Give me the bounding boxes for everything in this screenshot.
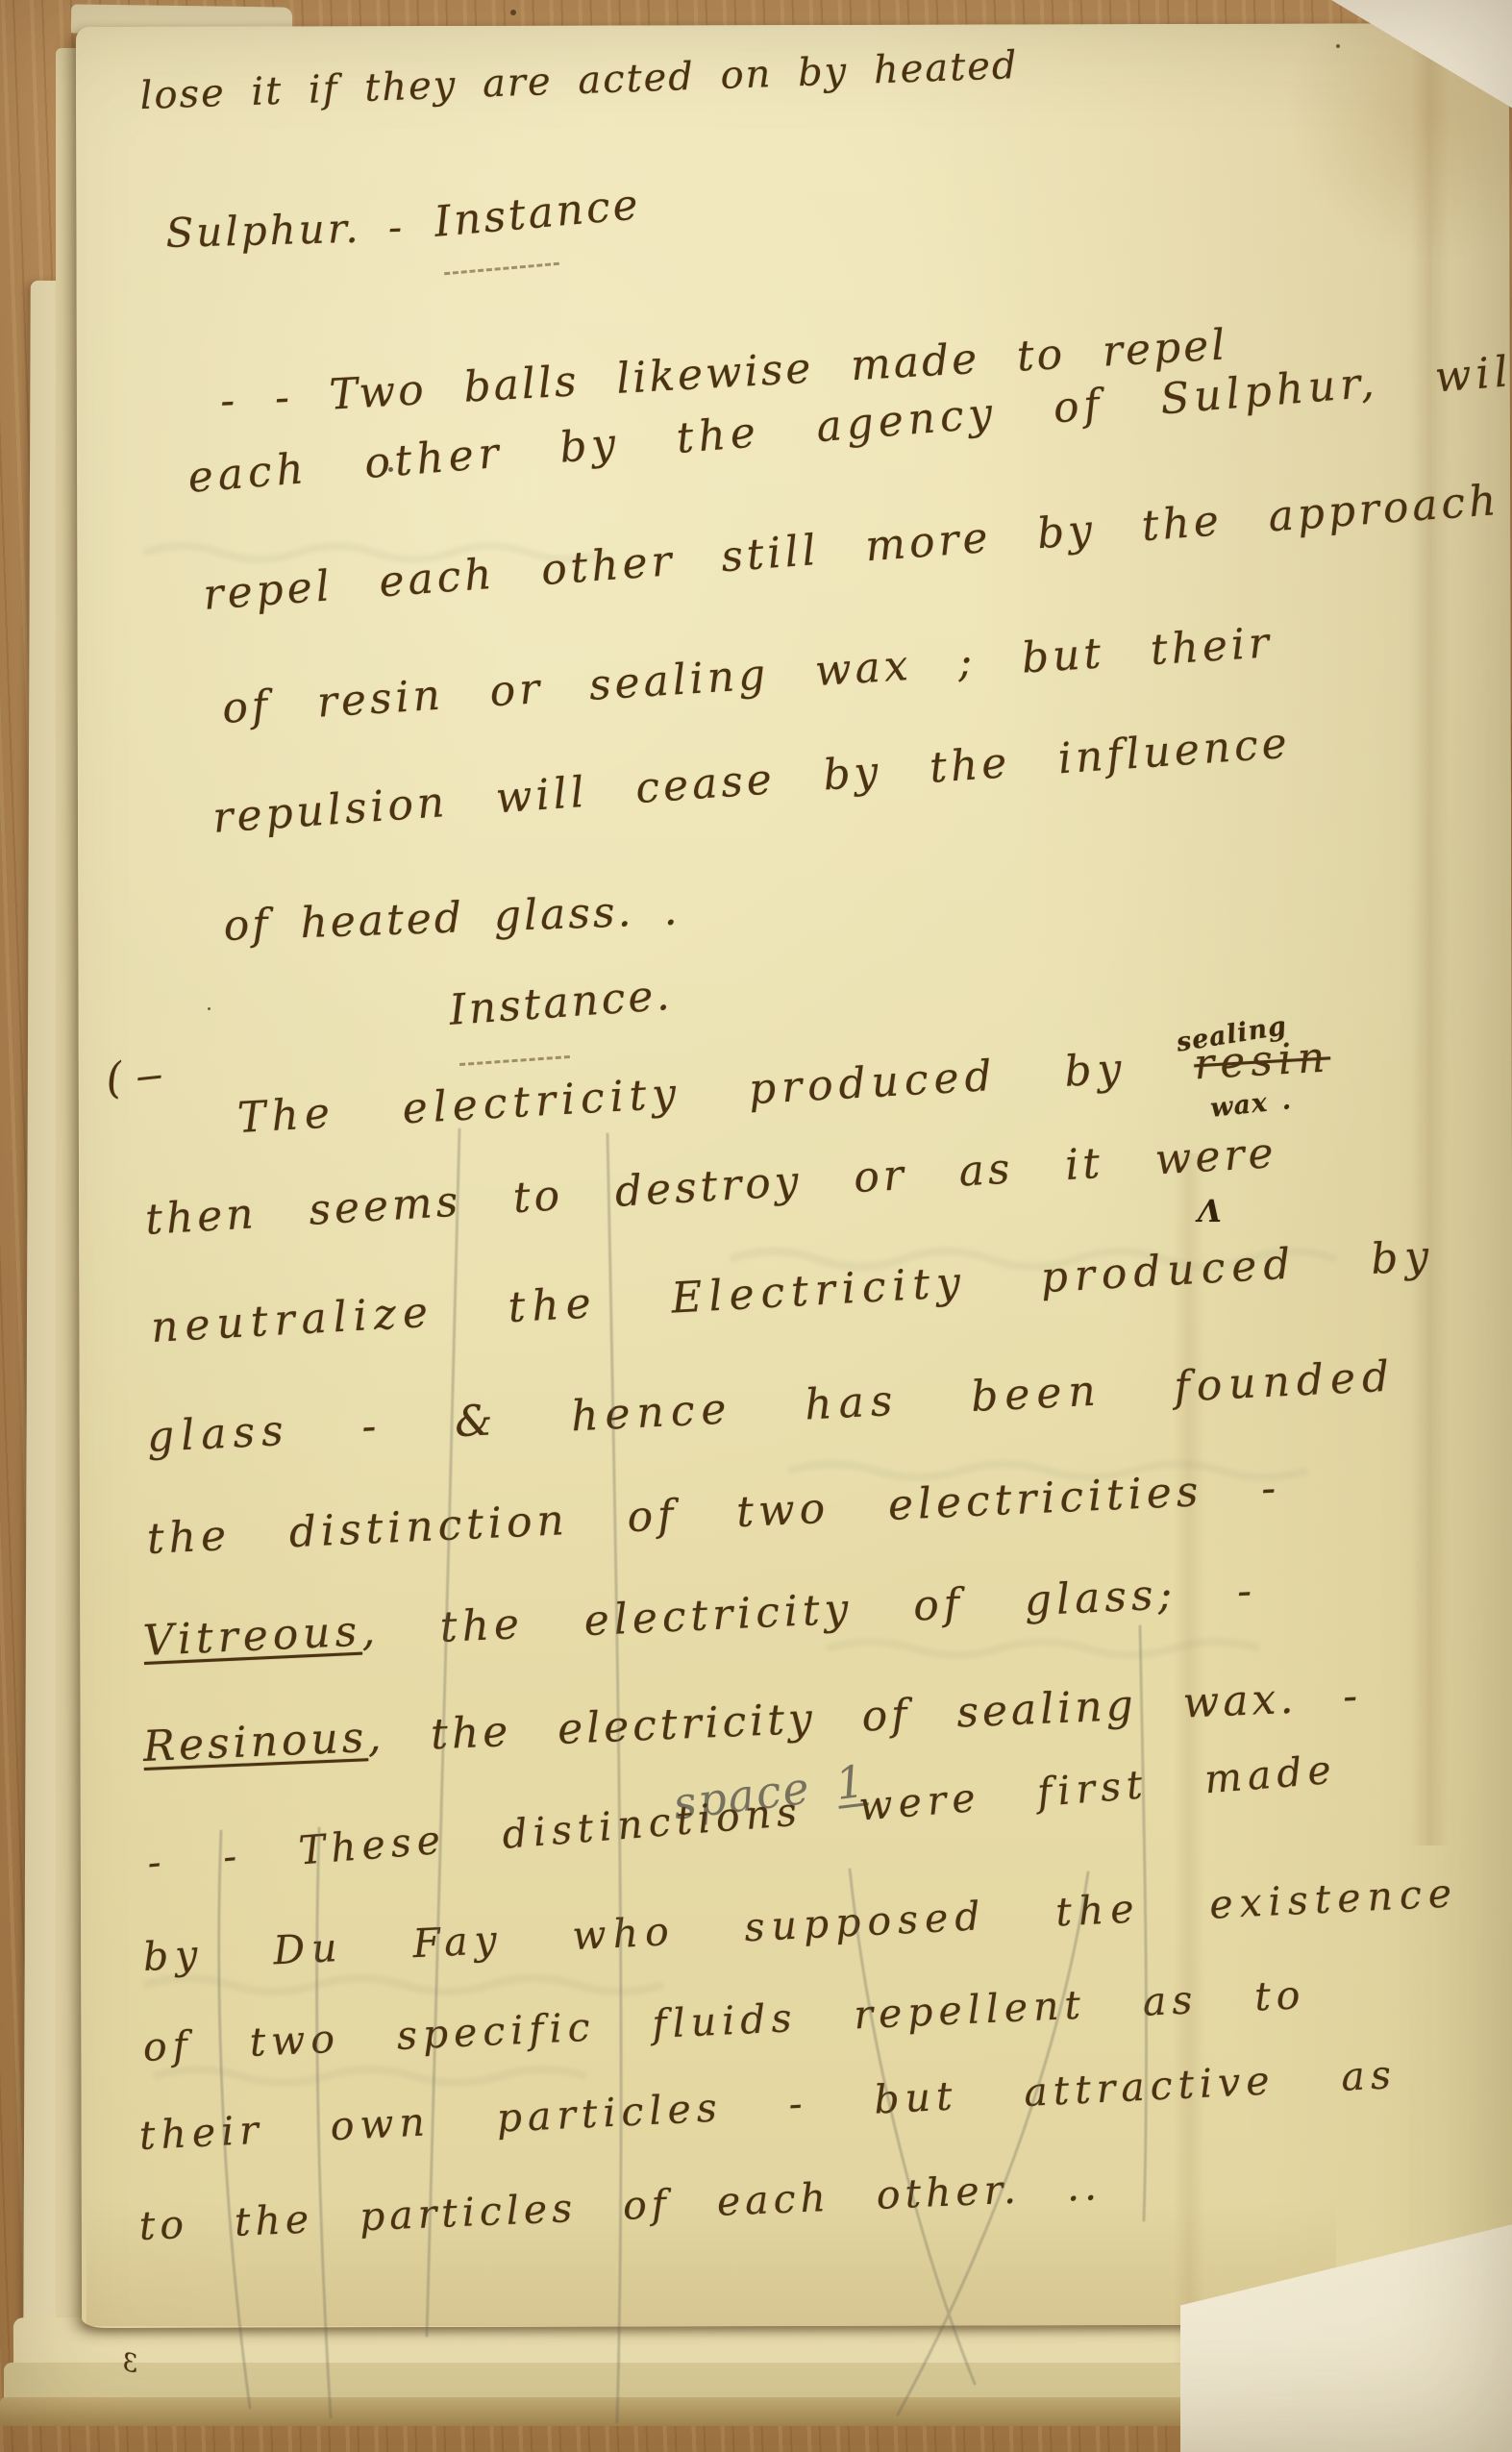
ink-speck [510,10,516,15]
pencil-strokes [0,0,1512,2452]
ink-speck [911,358,915,361]
photograph-of-manuscript: lose it if they are acted on by heatedSu… [0,0,1512,2452]
ink-speck [208,1007,211,1010]
ink-speck [1336,44,1340,48]
ink-speck [388,467,393,472]
